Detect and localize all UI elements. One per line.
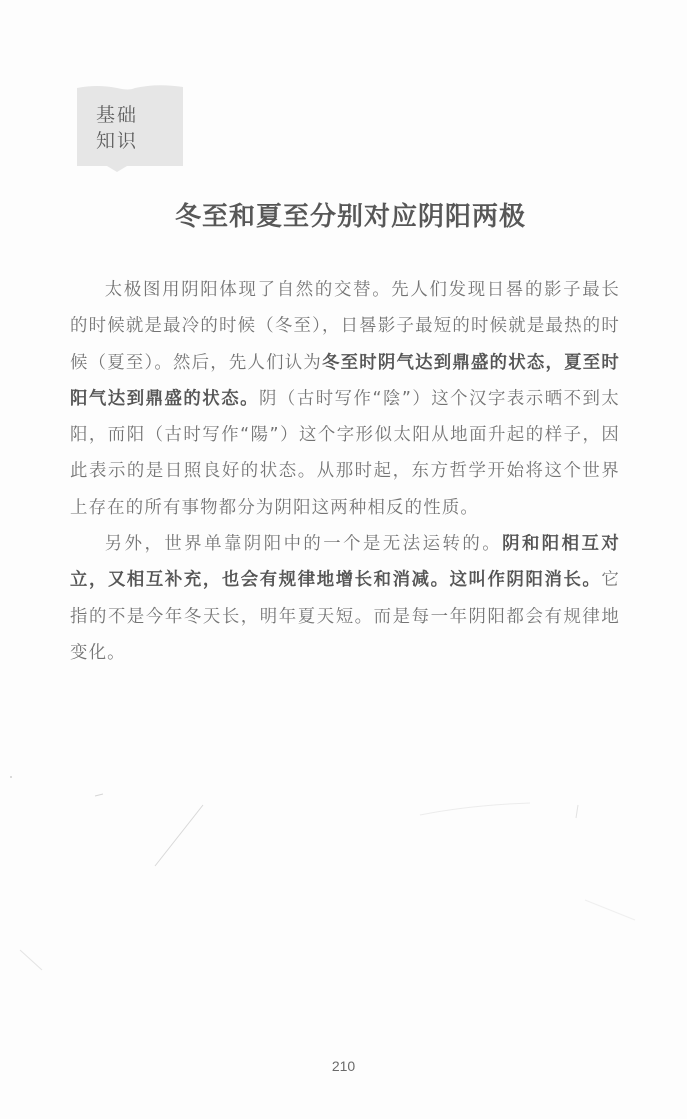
basic-knowledge-badge: 基础 知识: [77, 84, 185, 172]
book-page: 基础 知识 冬至和夏至分别对应阴阳两极 太极图用阴阳体现了自然的交替。先人们发现…: [0, 0, 687, 1119]
badge-line-2: 知识: [77, 128, 157, 154]
badge-line-1: 基础: [77, 102, 157, 128]
article-body: 太极图用阴阳体现了自然的交替。先人们发现日晷的影子最长的时候就是最冷的时候（冬至…: [70, 272, 620, 671]
section-title: 冬至和夏至分别对应阴阳两极: [0, 196, 687, 233]
page-number: 210: [0, 1058, 687, 1074]
paragraph-1: 太极图用阴阳体现了自然的交替。先人们发现日晷的影子最长的时候就是最冷的时候（冬至…: [70, 272, 620, 526]
badge-label: 基础 知识: [77, 102, 157, 154]
paragraph-2: 另外，世界单靠阴阳中的一个是无法运转的。阴和阳相互对立，又相互补充，也会有规律地…: [70, 526, 620, 671]
paragraph-2-text-a: 另外，世界单靠阴阳中的一个是无法运转的。: [105, 534, 502, 554]
